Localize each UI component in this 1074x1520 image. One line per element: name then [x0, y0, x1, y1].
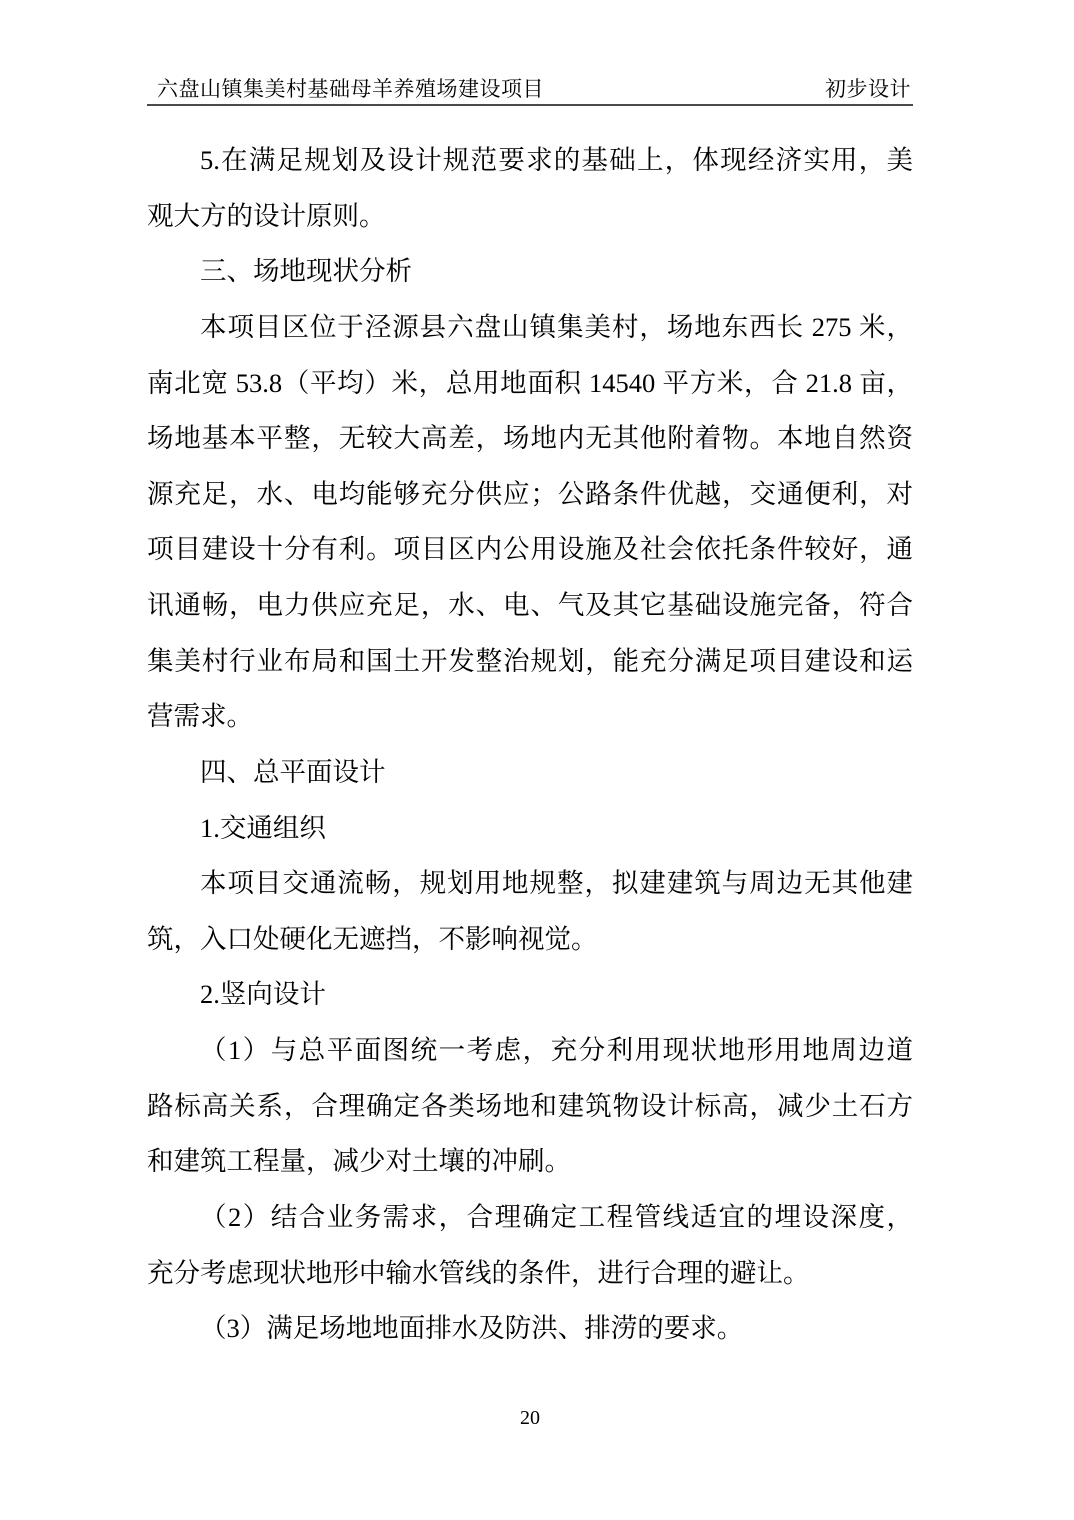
body-paragraph-line: 源充足，水、电均能够充分供应；公路条件优越，交通便利，对: [147, 467, 913, 523]
body-paragraph-line: 营需求。: [147, 689, 913, 745]
document-page: 六盘山镇集美村基础母羊养殖场建设项目 初步设计 5.在满足规划及设计规范要求的基…: [0, 0, 1074, 1520]
body-paragraph-line: （1）与总平面图统一考虑，充分利用现状地形用地周边道: [147, 1023, 913, 1079]
header-doc-stage-label: 初步设计: [825, 74, 913, 104]
header-project-title: 六盘山镇集美村基础母羊养殖场建设项目: [147, 74, 544, 104]
body-paragraph-line: 集美村行业布局和国土开发整治规划，能充分满足项目建设和运: [147, 634, 913, 690]
body-paragraph-line: 南北宽 53.8（平均）米，总用地面积 14540 平方米，合 21.8 亩，: [147, 356, 913, 412]
body-paragraph-line: 5.在满足规划及设计规范要求的基础上，体现经济实用，美: [147, 133, 913, 189]
body-paragraph-line: 路标高关系，合理确定各类场地和建筑物设计标高，减少土石方: [147, 1079, 913, 1135]
subsection-heading: 2.竖向设计: [147, 967, 913, 1023]
body-paragraph-line: 筑，入口处硬化无遮挡，不影响视觉。: [147, 912, 913, 968]
body-paragraph-line: 充分考虑现状地形中输水管线的条件，进行合理的避让。: [147, 1246, 913, 1302]
body-paragraph-line: （2）结合业务需求，合理确定工程管线适宜的埋设深度，: [147, 1190, 913, 1246]
document-body: 5.在满足规划及设计规范要求的基础上，体现经济实用，美 观大方的设计原则。 三、…: [147, 133, 913, 1357]
body-paragraph-line: 项目建设十分有利。项目区内公用设施及社会依托条件较好，通: [147, 522, 913, 578]
body-paragraph-line: 场地基本平整，无较大高差，场地内无其他附着物。本地自然资: [147, 411, 913, 467]
section-heading: 三、场地现状分析: [147, 244, 913, 300]
body-paragraph-line: 本项目区位于泾源县六盘山镇集美村，场地东西长 275 米，: [147, 300, 913, 356]
body-paragraph-line: 讯通畅，电力供应充足，水、电、气及其它基础设施完备，符合: [147, 578, 913, 634]
body-paragraph-line: 本项目交通流畅，规划用地规整，拟建建筑与周边无其他建: [147, 856, 913, 912]
body-paragraph-line: （3）满足场地地面排水及防洪、排涝的要求。: [147, 1301, 913, 1357]
subsection-heading: 1.交通组织: [147, 801, 913, 857]
body-paragraph-line: 和建筑工程量，减少对土壤的冲刷。: [147, 1134, 913, 1190]
page-header: 六盘山镇集美村基础母羊养殖场建设项目 初步设计: [147, 72, 913, 106]
section-heading: 四、总平面设计: [147, 745, 913, 801]
body-paragraph-line: 观大方的设计原则。: [147, 189, 913, 245]
page-footer: 20: [147, 1403, 913, 1433]
page-number: 20: [520, 1407, 540, 1429]
